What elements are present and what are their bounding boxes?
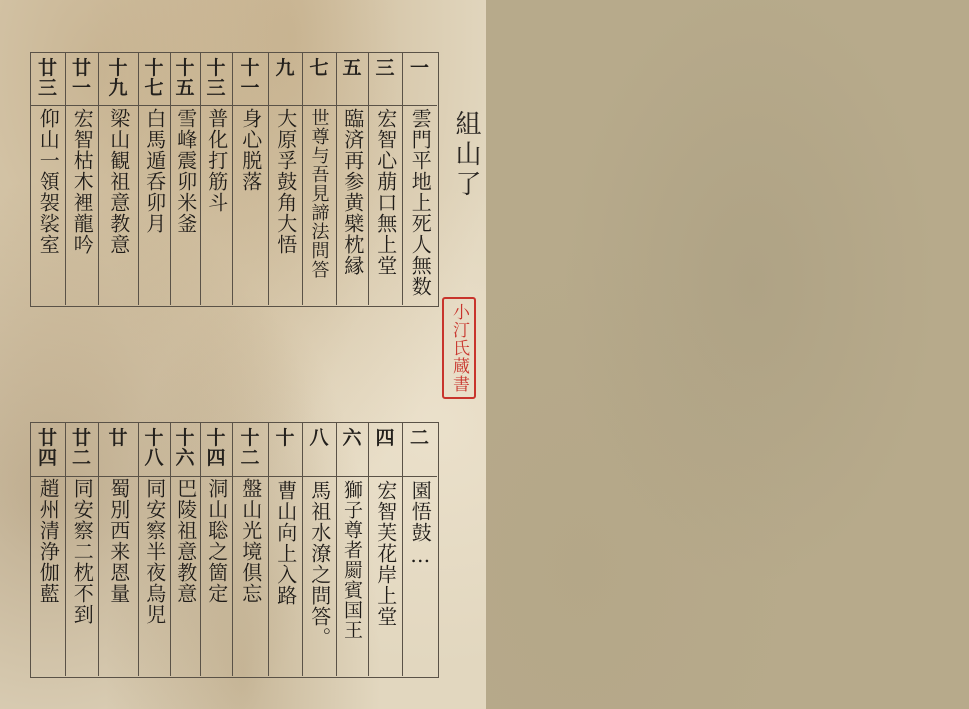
upper-entry-19: 十九 梁山観祖意教意 <box>98 58 138 255</box>
book-spread: 一 雲門平地上死人無数 三 宏智心萠口無上堂 五 臨済再参黄檗枕縁 七 世尊与吾… <box>0 0 969 709</box>
entry-number: 廿四 <box>31 428 65 468</box>
entry-title: 獅子尊者罽賓国王 <box>341 480 363 640</box>
upper-entry-21: 廿一 宏智枯木裡龍吟 <box>65 58 98 255</box>
entry-title: 身心脱落 <box>238 108 262 192</box>
entry-title: 普化打筋斗 <box>204 108 228 213</box>
lower-entry-22: 廿二 同安察二枕不到 <box>65 428 98 625</box>
entry-number: 廿二 <box>65 428 99 468</box>
entry-number: 十四 <box>199 428 233 468</box>
upper-entry-15: 十五 雪峰震卯米釜 <box>170 58 200 234</box>
entry-number: 十 <box>268 428 302 448</box>
entry-title: 世尊与吾見諦法問答 <box>309 108 330 279</box>
upper-entry-1: 一 雲門平地上死人無数 <box>402 58 437 297</box>
entry-number: 五 <box>335 58 369 78</box>
entry-number: 廿三 <box>31 58 65 98</box>
lower-entry-6: 六 獅子尊者罽賓国王 <box>336 428 368 640</box>
entry-title: 宏智枯木裡龍吟 <box>70 108 94 255</box>
ownership-seal: 小汀氏蔵書 <box>442 297 476 399</box>
entry-title: 仰山一領袈裟室 <box>36 108 60 255</box>
entry-number: 十二 <box>233 428 267 468</box>
lower-entry-18: 十八 同安察半夜烏児 <box>138 428 170 625</box>
entry-title: 巴陵祖意教意 <box>173 478 197 604</box>
entry-title: 大原孚鼓角大悟 <box>273 108 297 255</box>
entry-number: 廿 <box>101 428 135 448</box>
entry-number: 十一 <box>233 58 267 98</box>
entry-number: 十八 <box>137 428 171 468</box>
entry-number: 十六 <box>168 428 202 468</box>
entry-title: 蜀別西来恩量 <box>106 478 130 604</box>
upper-entry-23: 廿三 仰山一領袈裟室 <box>30 58 65 255</box>
seal-text: 小汀氏蔵書 <box>448 303 470 393</box>
entry-title: 園悟鼓… <box>408 480 432 568</box>
entry-number: 十七 <box>137 58 171 98</box>
entry-title: 宏智芙花岸上堂 <box>373 480 397 627</box>
lower-entry-20: 廿 蜀別西来恩量 <box>98 428 138 604</box>
upper-entry-9: 九 大原孚鼓角大悟 <box>268 58 302 255</box>
entry-number: 十五 <box>168 58 202 98</box>
lower-entry-16: 十六 巴陵祖意教意 <box>170 428 200 604</box>
entry-number: 四 <box>368 428 402 448</box>
entry-number: 十三 <box>199 58 233 98</box>
entry-title: 同安察半夜烏児 <box>142 478 166 625</box>
upper-entry-13: 十三 普化打筋斗 <box>200 58 232 213</box>
entry-title: 曹山向上入路 <box>273 480 297 606</box>
upper-entry-3: 三 宏智心萠口無上堂 <box>368 58 402 276</box>
lower-entry-4: 四 宏智芙花岸上堂 <box>368 428 402 627</box>
entry-title: 同安察二枕不到 <box>70 478 94 625</box>
right-page-blank-cover <box>486 0 969 709</box>
entry-number: 二 <box>403 428 437 448</box>
upper-entry-11: 十一 身心脱落 <box>232 58 268 192</box>
entry-title: 洞山聡之箇定 <box>204 478 228 604</box>
entry-title: 馬祖水潦之問答。 <box>307 480 331 648</box>
lower-entry-10: 十 曹山向上入路 <box>268 428 302 606</box>
lower-entry-14: 十四 洞山聡之箇定 <box>200 428 232 604</box>
entry-number: 廿一 <box>65 58 99 98</box>
entry-title: 梁山観祖意教意 <box>106 108 130 255</box>
book-title: 組山了 <box>448 110 485 200</box>
lower-entry-8: 八 馬祖水潦之問答。 <box>302 428 336 648</box>
upper-entry-5: 五 臨済再参黄檗枕縁 <box>336 58 368 276</box>
entry-number: 十九 <box>101 58 135 98</box>
entry-number: 八 <box>302 428 336 448</box>
entry-title: 臨済再参黄檗枕縁 <box>340 108 364 276</box>
entry-title: 宏智心萠口無上堂 <box>373 108 397 276</box>
lower-entry-12: 十二 盤山光境倶忘 <box>232 428 268 604</box>
entry-title: 盤山光境倶忘 <box>238 478 262 604</box>
entry-title: 雲門平地上死人無数 <box>408 108 432 297</box>
entry-number: 三 <box>368 58 402 78</box>
entry-title: 趙州清浄伽藍 <box>36 478 60 604</box>
upper-entry-17: 十七 白馬遁呑卯月 <box>138 58 170 234</box>
entry-number: 一 <box>403 58 437 78</box>
entry-number: 九 <box>268 58 302 78</box>
upper-entry-7: 七 世尊与吾見諦法問答 <box>302 58 336 279</box>
entry-number: 六 <box>335 428 369 448</box>
entry-title: 雪峰震卯米釜 <box>173 108 197 234</box>
lower-entry-24: 廿四 趙州清浄伽藍 <box>30 428 65 604</box>
entry-number: 七 <box>302 58 336 78</box>
left-page: 一 雲門平地上死人無数 三 宏智心萠口無上堂 五 臨済再参黄檗枕縁 七 世尊与吾… <box>0 0 488 709</box>
entry-title: 白馬遁呑卯月 <box>142 108 166 234</box>
lower-entry-2: 二 園悟鼓… <box>402 428 437 568</box>
